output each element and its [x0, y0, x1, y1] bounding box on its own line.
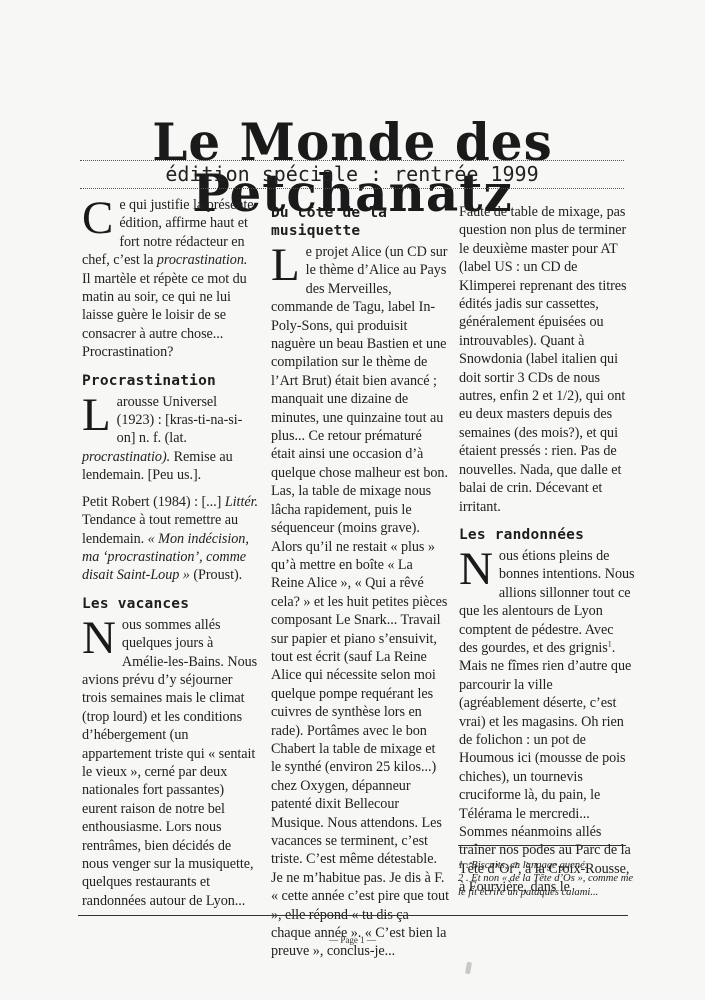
- edition-subtitle: édition spéciale : rentrée 1999: [80, 160, 624, 188]
- musiquette-paragraph: Le projet Alice (un CD sur le thème d’Al…: [271, 243, 449, 961]
- scan-speck: [465, 962, 472, 975]
- footnotes: 1 . Biscuits, en langage guené. 2 . Et n…: [458, 859, 638, 899]
- column-1: Ce qui justifie la présente édition, aff…: [82, 196, 258, 918]
- header-bottom-rule: [80, 188, 624, 189]
- dropcap: N: [459, 549, 493, 587]
- vacances-paragraph: Nous sommes allés quelques jours à Améli…: [82, 616, 258, 911]
- footer-rule: [78, 915, 628, 916]
- intro-paragraph: Ce qui justifie la présente édition, aff…: [82, 196, 258, 362]
- column-2: Du côté de la musiquette Le projet Alice…: [271, 196, 449, 969]
- footnote-separator: [458, 845, 626, 846]
- column-3: Faute de table de mixage, pas question n…: [459, 203, 635, 905]
- definition-robert: Petit Robert (1984) : [...] Littér. Tend…: [82, 493, 258, 585]
- dropcap: N: [82, 618, 116, 656]
- footnote-2: 2 . Et non « de la Tête d’Os », comme me…: [458, 872, 638, 899]
- mixage-paragraph: Faute de table de mixage, pas question n…: [459, 203, 635, 516]
- dropcap: L: [82, 395, 111, 433]
- dropcap: L: [271, 245, 300, 283]
- section-heading-randonnees: Les randonnées: [459, 526, 635, 544]
- section-heading-musiquette: Du côté de la musiquette: [271, 204, 449, 240]
- dropcap: C: [82, 198, 113, 236]
- section-heading-vacances: Les vacances: [82, 595, 258, 613]
- footnote-1: 1 . Biscuits, en langage guené.: [458, 859, 638, 872]
- section-heading-procrastination: Procrastination: [82, 372, 258, 390]
- definition-larousse: Larousse Universel (1923) : [kras-ti-na-…: [82, 393, 258, 485]
- page-number: — Page 1 —: [0, 935, 705, 945]
